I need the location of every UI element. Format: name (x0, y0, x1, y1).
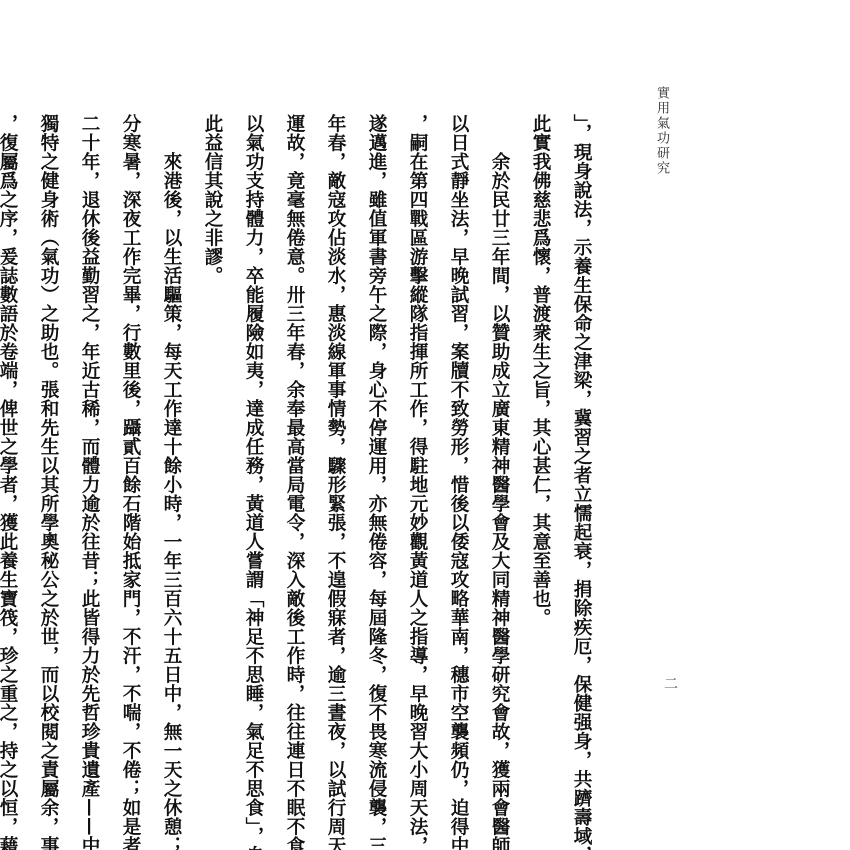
book-page: 實用氣功研究 」，現身說法，示養生保命之津梁，冀習之者立懦起衰，捐除疾厄，保健强… (0, 0, 850, 850)
text-column-5: ，嗣在第四戰區游擊縱隊指揮所工作，得駐地元妙觀黃道人之指導，早晚習大小周天法，技 (397, 114, 438, 794)
text-column-1: 」，現身說法，示養生保命之津梁，冀習之者立懦起衰，捐除疾厄，保健强身，共躋壽域， (561, 114, 602, 794)
text-column-7: 年春，敵寇攻佔淡水，惠淡線軍事情勢，驟形緊張，不遑假寐者，逾三晝夜，以試行周天漫 (315, 114, 356, 794)
text-column-10: 此益信其說之非謬。 (192, 114, 233, 794)
text-column-4: 以日式靜坐法，早晚試習，案牘不致勞形，惜後以倭寇攻略華南，穗市空襲頻仍，迫得中輟 (438, 114, 479, 794)
text-column-14: 獨特之健身術（氣功）之助也。張和先生以其所學奧秘公之於世，而以校閱之責屬余，事竟 (28, 114, 69, 794)
text-column-6: 遂邁進，雖值軍書旁午之際，身心不停運用，亦無倦容，每屆隆冬，復不畏寒流侵襲，三十 (356, 114, 397, 794)
text-column-13: 二十年，退休後益勤習之，年近古稀，而體力逾於往昔；此皆得力於先哲珍貴遺產——中國 (69, 114, 110, 794)
text-column-8: 運故，竟毫無倦意。卅三年春，余奉最高當局電令，深入敵後工作時，往往連日不眠不食， (274, 114, 315, 794)
page-number: 二 (660, 676, 680, 690)
text-column-2: 此實我佛慈悲爲懷，普渡衆生之旨，其心甚仁，其意至善也。 (520, 114, 561, 794)
body-text: 」，現身說法，示養生保命之津梁，冀習之者立懦起衰，捐除疾厄，保健强身，共躋壽域，… (0, 114, 602, 794)
running-title: 實用氣功研究 (652, 86, 671, 176)
text-column-15: ，復屬爲之序，爰誌數語於卷端，俾世之學者，獲此養生寶筏，珍之重之，持之以恒，藉此 (0, 114, 28, 794)
text-column-3: 余於民廿三年間，以贊助成立廣東精神醫學會及大同精神醫學研究會故，獲兩會醫師授 (479, 114, 520, 794)
text-column-12: 分寒暑，深夜工作完畢，行數里後，躡貳百餘石階始抵家門，不汗，不喘，不倦；如是者近 (110, 114, 151, 794)
text-column-9: 以氣功支持體力，卒能履險如夷，達成任務，黃道人嘗謂「神足不思睡，氣足不思食」，自 (233, 114, 274, 794)
text-column-11: 來港後，以生活驅策，每天工作達十餘小時，一年三百六十五日中，無一天之休憩；不 (151, 114, 192, 794)
